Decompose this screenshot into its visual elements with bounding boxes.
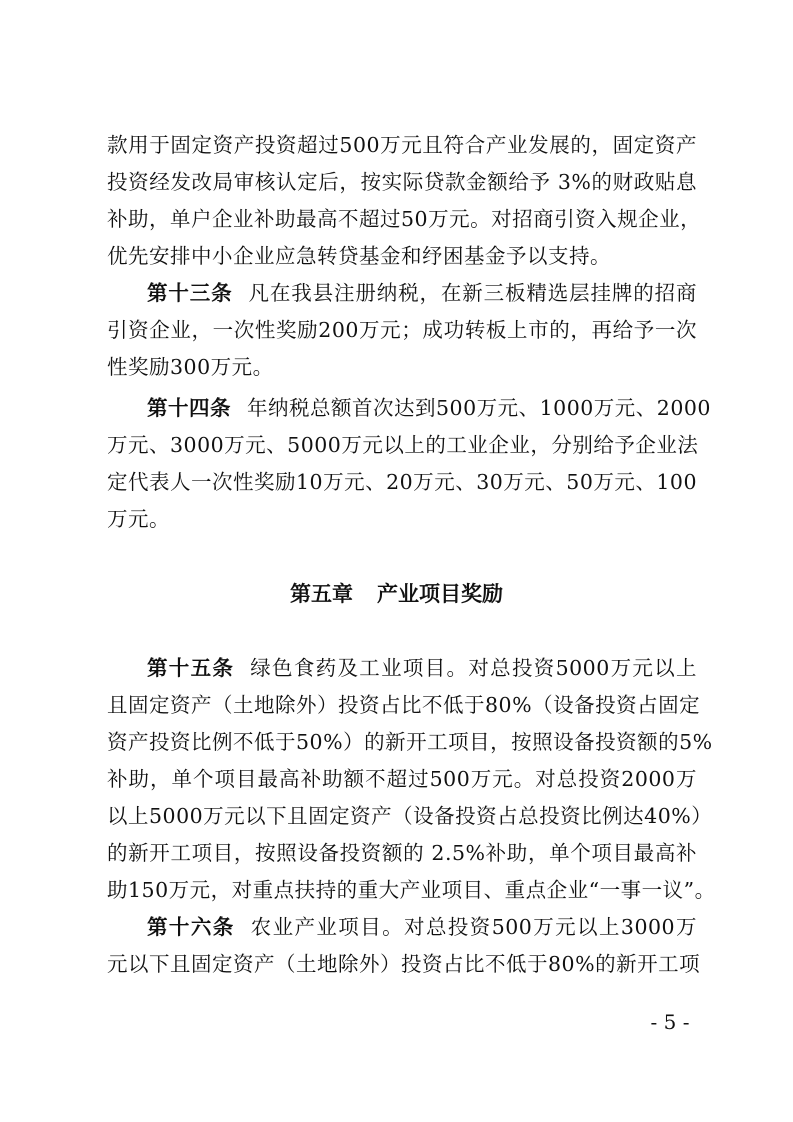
article-13-label: 第十三条 — [147, 281, 233, 305]
body-text-line: 的新开工项目，按照设备投资额的 2.5%补助，单个项目最高补 — [107, 835, 697, 872]
article-14-label: 第十四条 — [147, 396, 231, 420]
body-text-line: 万元。 — [107, 501, 697, 538]
body-text-line: 补助，单个项目最高补助额不超过500万元。对总投资2000万 — [107, 761, 697, 798]
body-text-line: 万元、3000万元、5000万元以上的工业企业，分别给予企业法 — [107, 427, 697, 464]
article-14-text: 年纳税总额首次达到500万元、1000万元、2000 — [247, 396, 711, 420]
page-number: - 5 - — [640, 1010, 700, 1034]
body-text-line: 投资经发改局审核认定后，按实际贷款金额给予 3%的财政贴息 — [107, 164, 697, 201]
article-13-first-line: 第十三条凡在我县注册纳税，在新三板精选层挂牌的招商 — [147, 275, 697, 312]
article-13-text: 凡在我县注册纳税，在新三板精选层挂牌的招商 — [249, 281, 698, 305]
body-text-line: 且固定资产（土地除外）投资占比不低于80%（设备投资占固定 — [107, 687, 697, 724]
article-15-first-line: 第十五条绿色食药及工业项目。对总投资5000万元以上 — [147, 650, 697, 687]
chapter-heading: 第五章产业项目奖励 — [0, 578, 793, 608]
article-14-first-line: 第十四条年纳税总额首次达到500万元、1000万元、2000 — [147, 390, 697, 427]
article-16-label: 第十六条 — [147, 915, 235, 939]
body-text-line: 性奖励300万元。 — [107, 349, 697, 386]
article-16-text: 农业产业项目。对总投资500万元以上3000万 — [251, 915, 697, 939]
chapter-number: 第五章 — [290, 582, 353, 606]
body-text-line: 引资企业，一次性奖励200万元；成功转板上市的，再给予一次 — [107, 312, 697, 349]
article-15-text: 绿色食药及工业项目。对总投资5000万元以上 — [250, 656, 697, 680]
body-text-line: 优先安排中小企业应急转贷基金和纾困基金予以支持。 — [107, 238, 697, 275]
body-text-line: 补助，单户企业补助最高不超过50万元。对招商引资入规企业， — [107, 201, 697, 238]
body-text-line: 元以下且固定资产（土地除外）投资占比不低于80%的新开工项 — [107, 946, 697, 983]
chapter-title: 产业项目奖励 — [377, 582, 503, 606]
body-text-line: 助150万元，对重点扶持的重大产业项目、重点企业“一事一议”。 — [107, 872, 697, 909]
article-15-label: 第十五条 — [147, 656, 234, 680]
body-text-line: 以上5000万元以下且固定资产（设备投资占总投资比例达40%） — [107, 798, 697, 835]
body-text-line: 资产投资比例不低于50%）的新开工项目，按照设备投资额的5% — [107, 724, 697, 761]
body-text-line: 定代表人一次性奖励10万元、20万元、30万元、50万元、100 — [107, 464, 697, 501]
body-text-line: 款用于固定资产投资超过500万元且符合产业发展的，固定资产 — [107, 127, 697, 164]
article-16-first-line: 第十六条农业产业项目。对总投资500万元以上3000万 — [147, 909, 697, 946]
